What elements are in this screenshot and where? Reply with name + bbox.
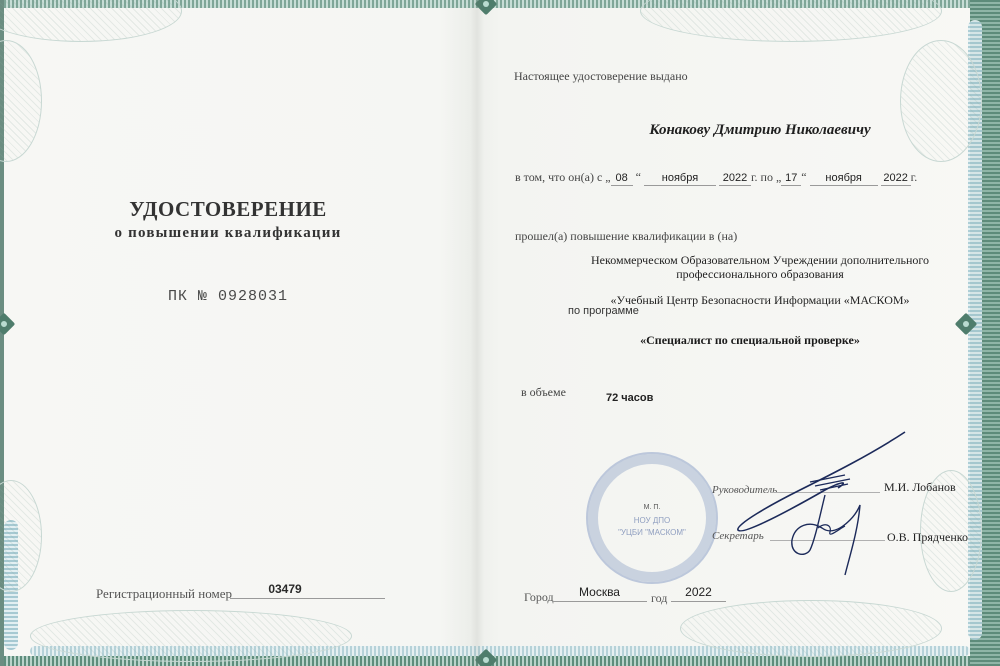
institution-name: Некоммерческом Образовательном Учреждени… xyxy=(560,253,960,281)
year-underline xyxy=(671,601,726,602)
guilloche-pattern xyxy=(680,600,942,657)
stamp-org: НОУ ДПО xyxy=(588,516,716,525)
certificate-title: УДОСТОВЕРЕНИЕ xyxy=(0,197,456,222)
from-year: 2022 xyxy=(719,172,751,186)
official-stamp: М. П. НОУ ДПО "УЦБИ "МАСКОМ" xyxy=(586,452,718,584)
from-month: ноября xyxy=(644,172,716,186)
volume-label: в объеме xyxy=(521,385,566,400)
period-prefix: в том, что он(а) с „ xyxy=(515,170,611,184)
handwritten-signature-icon xyxy=(730,430,920,580)
from-day: 08 xyxy=(611,172,633,186)
guilloche-pattern xyxy=(640,0,942,42)
year-value: 2022 xyxy=(671,585,726,599)
guilloche-pattern xyxy=(30,610,352,662)
diamond-ornament-icon xyxy=(0,313,15,336)
from-year-suffix: г. xyxy=(751,170,758,184)
to-label: по „ xyxy=(761,170,782,184)
to-month: ноября xyxy=(810,172,878,186)
year-label: год xyxy=(651,591,667,606)
certificate-subtitle: о повышении квалификации xyxy=(0,225,456,242)
guilloche-pattern xyxy=(0,0,182,42)
issued-text: Настоящее удостоверение выдано xyxy=(514,69,688,84)
training-period: в том, что он(а) с „08 “ ноября 2022г. п… xyxy=(515,170,917,186)
page-fold xyxy=(470,0,484,666)
guilloche-pattern xyxy=(0,480,42,592)
passed-text: прошел(а) повышение квалификации в (на) xyxy=(515,229,737,244)
registration-number: 03479 xyxy=(230,582,340,596)
to-year: 2022 xyxy=(881,172,911,186)
recipient-name: Конакову Дмитрию Николаевичу xyxy=(600,122,920,139)
to-quote: “ xyxy=(801,170,806,184)
serial-number: ПК № 0928031 xyxy=(0,288,456,305)
certificate-sheet: УДОСТОВЕРЕНИЕ о повышении квалификации П… xyxy=(0,0,1000,666)
stamp-mp: М. П. xyxy=(588,504,716,511)
guilloche-pattern xyxy=(0,40,42,162)
volume-value: 72 часов xyxy=(606,392,653,404)
from-quote: “ xyxy=(636,170,641,184)
city-underline xyxy=(552,601,647,602)
program-label: по программе xyxy=(568,305,639,317)
city-label: Город xyxy=(524,590,554,605)
to-day: 17 xyxy=(781,172,801,186)
registration-label: Регистрационный номер xyxy=(96,586,232,602)
program-name: «Специалист по специальной проверке» xyxy=(560,333,940,348)
stamp-name: "УЦБИ "МАСКОМ" xyxy=(588,528,716,537)
city-value: Москва xyxy=(552,585,647,599)
registration-underline xyxy=(230,598,385,599)
guilloche-pattern xyxy=(900,40,982,162)
to-year-suffix: г. xyxy=(911,170,918,184)
